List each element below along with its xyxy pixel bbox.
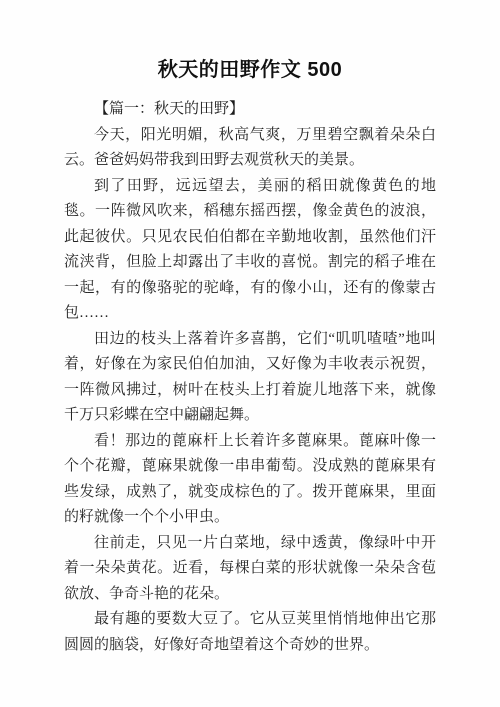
paragraph-1: 今天，阳光明媚，秋高气爽，万里碧空飘着朵朵白云。爸爸妈妈带我到田野去观赏秋天的美… — [64, 123, 436, 174]
paragraph-6: 最有趣的要数大豆了。它从豆荚里悄悄地伸出它那圆圆的脑袋，好像好奇地望着这个奇妙的… — [64, 607, 436, 658]
document-page: 秋天的田野作文 500 【篇一：秋天的田野】 今天，阳光明媚，秋高气爽，万里碧空… — [0, 0, 500, 707]
paragraph-2: 到了田野，远远望去，美丽的稻田就像黄色的地毯。一阵微风吹来，稻穗东摇西摆，像金黄… — [64, 174, 436, 327]
paragraph-5: 往前走，只见一片白菜地，绿中透黄，像绿叶中开着一朵朵黄花。近看，每棵白菜的形状就… — [64, 531, 436, 608]
paragraph-4: 看！那边的蓖麻杆上长着许多蓖麻果。蓖麻叶像一个个花瓣，蓖麻果就像一串串葡萄。没成… — [64, 429, 436, 531]
section-heading: 【篇一：秋天的田野】 — [64, 97, 436, 123]
document-body: 【篇一：秋天的田野】 今天，阳光明媚，秋高气爽，万里碧空飘着朵朵白云。爸爸妈妈带… — [0, 97, 500, 658]
paragraph-3: 田边的枝头上落着许多喜鹊，它们“叽叽喳喳”地叫着，好像在为家民伯伯加油，又好像为… — [64, 327, 436, 429]
document-title: 秋天的田野作文 500 — [0, 0, 500, 84]
